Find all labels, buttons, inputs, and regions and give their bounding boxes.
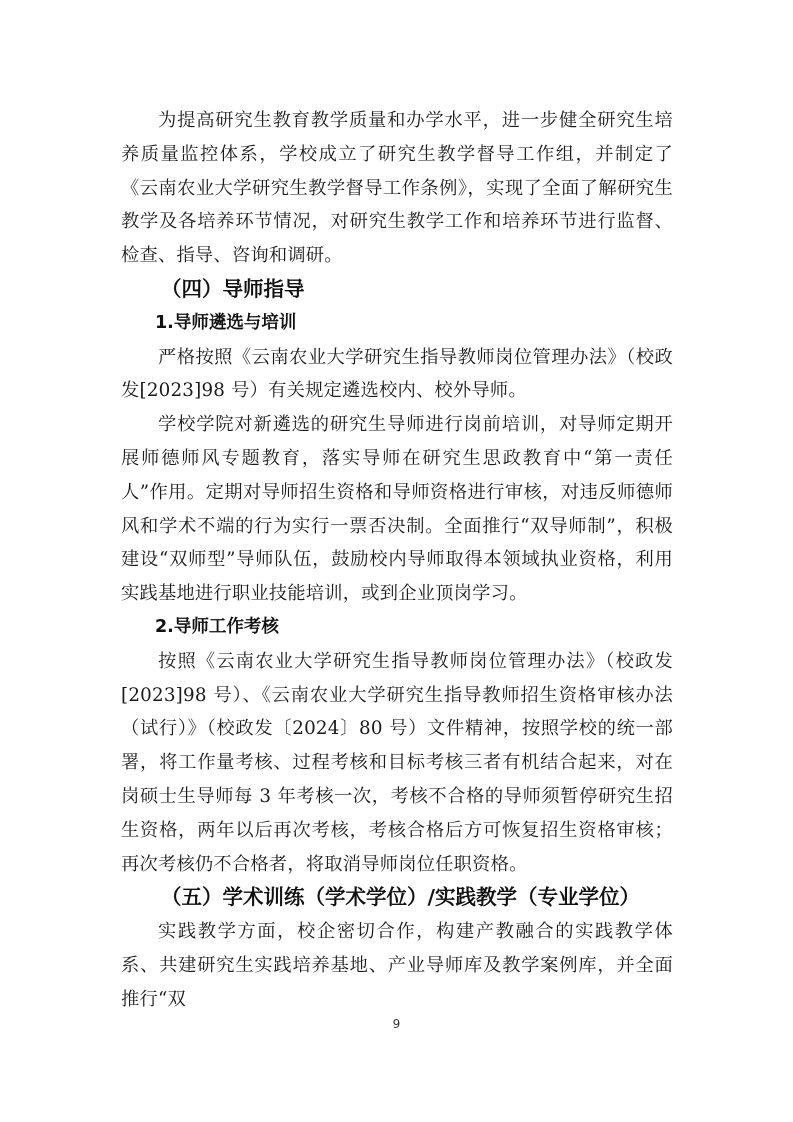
paragraph-mentor-selection: 严格按照《云南农业大学研究生指导教师岗位管理办法》（校政发[2023]98 号）… <box>121 341 673 409</box>
subheading-mentor-selection-training: 1.导师遴选与培训 <box>121 307 673 341</box>
paragraph-mentor-training: 学校学院对新遴选的研究生导师进行岗前培训，对导师定期开展师德师风专题教育，落实导… <box>121 408 673 611</box>
paragraph-mentor-assessment: 按照《云南农业大学研究生指导教师岗位管理办法》（校政发[2023]98 号）、《… <box>121 645 673 882</box>
page-number: 9 <box>0 1017 793 1031</box>
section-heading-mentor-guidance: （四）导师指导 <box>121 273 673 307</box>
section-heading-academic-training: （五）学术训练（学术学位）/实践教学（专业学位） <box>121 881 673 915</box>
paragraph-supervision-group: 为提高研究生教育教学质量和办学水平，进一步健全研究生培养质量监控体系，学校成立了… <box>121 104 673 273</box>
paragraph-practical-teaching: 实践教学方面，校企密切合作，构建产教融合的实践教学体系、共建研究生实践培养基地、… <box>121 915 673 1016</box>
subheading-mentor-assessment: 2.导师工作考核 <box>121 611 673 645</box>
document-page: 为提高研究生教育教学质量和办学水平，进一步健全研究生培养质量监控体系，学校成立了… <box>121 104 673 1017</box>
